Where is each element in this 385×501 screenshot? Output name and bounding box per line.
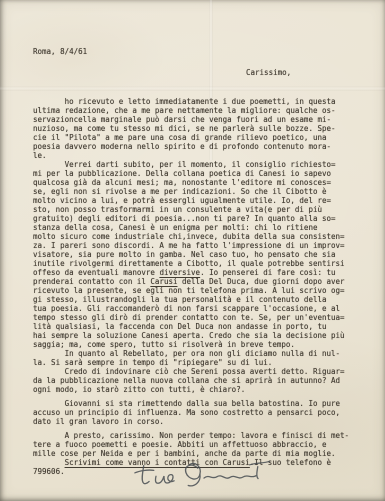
letter-line: A presto, carissimo. Non perder tempo: l… <box>33 431 363 440</box>
typed-text: se, egli non si rivolse a me per indicaz… <box>33 187 327 196</box>
typed-text: . Io penserei di fare così: tu <box>200 268 335 277</box>
typed-text: Verrei darti subito, per il momento, il … <box>33 160 336 169</box>
typed-text: dato il gran lavoro in corso. <box>33 417 164 426</box>
letter-line: sto, non posso trasformarmi in un consul… <box>33 205 363 214</box>
typed-text: qualcosa già da alcuni mesi; ma, nonosta… <box>33 178 331 187</box>
letter-line: poesia davvero moderna nello spirito e d… <box>33 142 363 151</box>
letter-body: ho ricevuto e letto immediatamente i due… <box>33 97 363 476</box>
letter-line: ogni modo, io starò zitto con tutti, è c… <box>33 385 363 394</box>
letter-line: nuzioso, ma come tu stesso mi dici, se n… <box>33 124 363 133</box>
salutation: Carissimo, <box>246 68 291 77</box>
typed-text: Giovanni si sta rimettendo dalla sua bel… <box>33 399 340 408</box>
letter-paragraph: ho ricevuto e letto immediatamente i due… <box>33 97 363 160</box>
letter-paragraph: Giovanni si sta rimettendo dalla sua bel… <box>33 399 363 426</box>
typed-text: ogni modo, io starò zitto con tutti, è c… <box>33 385 245 394</box>
letter-line: za. I pareri sono discordi. A me ha fatt… <box>33 241 363 250</box>
letter-line: lità qualsiasi, la faccenda con Del Duca… <box>33 322 363 331</box>
letter-line: molto vicino a lui, e potrà essergli ugu… <box>33 196 363 205</box>
letter-line: Credo di indovinare ciò che Sereni possa… <box>33 367 363 376</box>
typed-text: le. <box>33 151 47 160</box>
typed-text: In quanto al Rebellato, per ora non gli … <box>33 349 340 358</box>
typed-text: servazioncella marginale può darsi che v… <box>33 115 331 124</box>
typed-text: molto vicino a lui, e potrà essergli ugu… <box>33 196 331 205</box>
letter-line: se, egli non si rivolse a me per indicaz… <box>33 187 363 196</box>
typed-text: tua poesia. Gli raccomanderò di non fars… <box>33 304 340 313</box>
typed-text: cie il "Pilota" a me pare una cosa di gr… <box>33 133 327 142</box>
typed-text: molto sicuro come industriale chi,invece… <box>33 232 345 241</box>
letter-line: le. <box>33 151 363 160</box>
typed-text: 799606. <box>33 467 65 476</box>
letter-line: ricevuto la presente, se egli non ti tel… <box>33 286 363 295</box>
letter-paragraph: In quanto al Rebellato, per ora non gli … <box>33 349 363 367</box>
typed-text: la. Si sarà sempre in tempo di "ripiegar… <box>33 358 272 367</box>
typed-text: sto, non posso trasformarmi in un consul… <box>33 205 322 214</box>
typed-text: offeso da eventuali manovre <box>33 268 159 277</box>
typed-text: A presto, carissimo. Non perder tempo: l… <box>33 431 349 440</box>
letter-line: hai sempre la soluzione Canesi aperta. C… <box>33 331 363 340</box>
letter-line: tua poesia. Gli raccomanderò di non fars… <box>33 304 363 313</box>
letter-line: inutile rivolgermi direttamente a Cibott… <box>33 259 363 268</box>
letter-line: In quanto al Rebellato, per ora non gli … <box>33 349 363 358</box>
letter-line: mi per la pubblicazione. Della collana p… <box>33 169 363 178</box>
letter-line: dato il gran lavoro in corso. <box>33 417 363 426</box>
typed-text: Credo di indovinare ciò che Sereni possa… <box>33 367 345 376</box>
typed-text: della Del Duca, due giorni dopo aver <box>178 277 345 286</box>
letter-paragraph: Credo di indovinare ciò che Sereni possa… <box>33 367 363 394</box>
letter-line: visatore, sia pure molto in gamba. Nel c… <box>33 250 363 259</box>
typed-text: gratuito) degli editori di poesia...non … <box>33 214 336 223</box>
typed-text: ho ricevuto e letto immediatamente i due… <box>33 97 336 106</box>
underlined-text: Carusi <box>150 277 177 286</box>
underlined-text: diversive <box>159 268 200 277</box>
paper-crease-horizontal <box>0 86 385 91</box>
letter-line: molto sicuro come industriale chi,invece… <box>33 232 363 241</box>
letter-line: cie il "Pilota" a me pare una cosa di gr… <box>33 133 363 142</box>
typed-text: tempo stesso gli dirò di prender contatt… <box>33 313 345 322</box>
typed-text: ultima redazione, che a me pare nettamen… <box>33 106 336 115</box>
place-date: Roma, 8/4/61 <box>33 47 87 56</box>
letter-line: Giovanni si sta rimettendo dalla sua bel… <box>33 399 363 408</box>
letter-line: da la pubblicazione nella nuova collana … <box>33 376 363 385</box>
typed-text: visatore, sia pure molto in gamba. Nel c… <box>33 250 336 259</box>
letter-line: gi stesso, illustrandogli la tua persona… <box>33 295 363 304</box>
typed-text: ricevuto la presente, se egli non ti tel… <box>33 286 345 295</box>
typed-text: inutile rivolgermi direttamente a Cibott… <box>33 259 345 268</box>
typed-text: hai sempre la soluzione Canesi aperta. C… <box>33 331 345 340</box>
letter-line: Verrei darti subito, per il momento, il … <box>33 160 363 169</box>
letter-line: gratuito) degli editori di poesia...non … <box>33 214 363 223</box>
typed-text: nuzioso, ma come tu stesso mi dici, se n… <box>33 124 336 133</box>
letter-line: saggia; ma, come spero, tutto si risolve… <box>33 340 363 349</box>
typed-text: prenderai contatto con il <box>33 277 150 286</box>
letter-line: tempo stesso gli dirò di prender contatt… <box>33 313 363 322</box>
letter-line: accuso un principio di influenza. Ma son… <box>33 408 363 417</box>
typed-text: gi stesso, illustrandogli la tua persona… <box>33 295 327 304</box>
letter-line: ho ricevuto e letto immediatamente i due… <box>33 97 363 106</box>
typed-text <box>33 458 65 467</box>
typed-text: lità qualsiasi, la faccenda con Del Duca… <box>33 322 327 331</box>
typed-text: poesia davvero moderna nello spirito e d… <box>33 142 331 151</box>
typed-text: da la pubblicazione nella nuova collana … <box>33 376 340 385</box>
handwritten-signature <box>130 454 281 498</box>
typed-text: tere a fuoco poemetti e poesie. Abbiti u… <box>33 440 327 449</box>
letter-line: stanza della cosa, Canesi è un enigma pe… <box>33 223 363 232</box>
letter-line: tere a fuoco poemetti e poesie. Abbiti u… <box>33 440 363 449</box>
letter-line: prenderai contatto con il Carusi della D… <box>33 277 363 286</box>
letter-line: la. Si sarà sempre in tempo di "ripiegar… <box>33 358 363 367</box>
letter-line: servazioncella marginale può darsi che v… <box>33 115 363 124</box>
typed-text: za. I pareri sono discordi. A me ha fatt… <box>33 241 345 250</box>
typed-text: stanza della cosa, Canesi è un enigma pe… <box>33 223 317 232</box>
letter-paragraph: Verrei darti subito, per il momento, il … <box>33 160 363 349</box>
letter-line: offeso da eventuali manovre diversive. I… <box>33 268 363 277</box>
typed-text: mi per la pubblicazione. Della collana p… <box>33 169 331 178</box>
letter-sheet: Roma, 8/4/61 Carissimo, ho ricevuto e le… <box>0 0 385 501</box>
typed-text: accuso un principio di influenza. Ma son… <box>33 408 340 417</box>
typed-text: saggia; ma, come spero, tutto si risolve… <box>33 340 295 349</box>
letter-line: qualcosa già da alcuni mesi; ma, nonosta… <box>33 178 363 187</box>
letter-line: ultima redazione, che a me pare nettamen… <box>33 106 363 115</box>
